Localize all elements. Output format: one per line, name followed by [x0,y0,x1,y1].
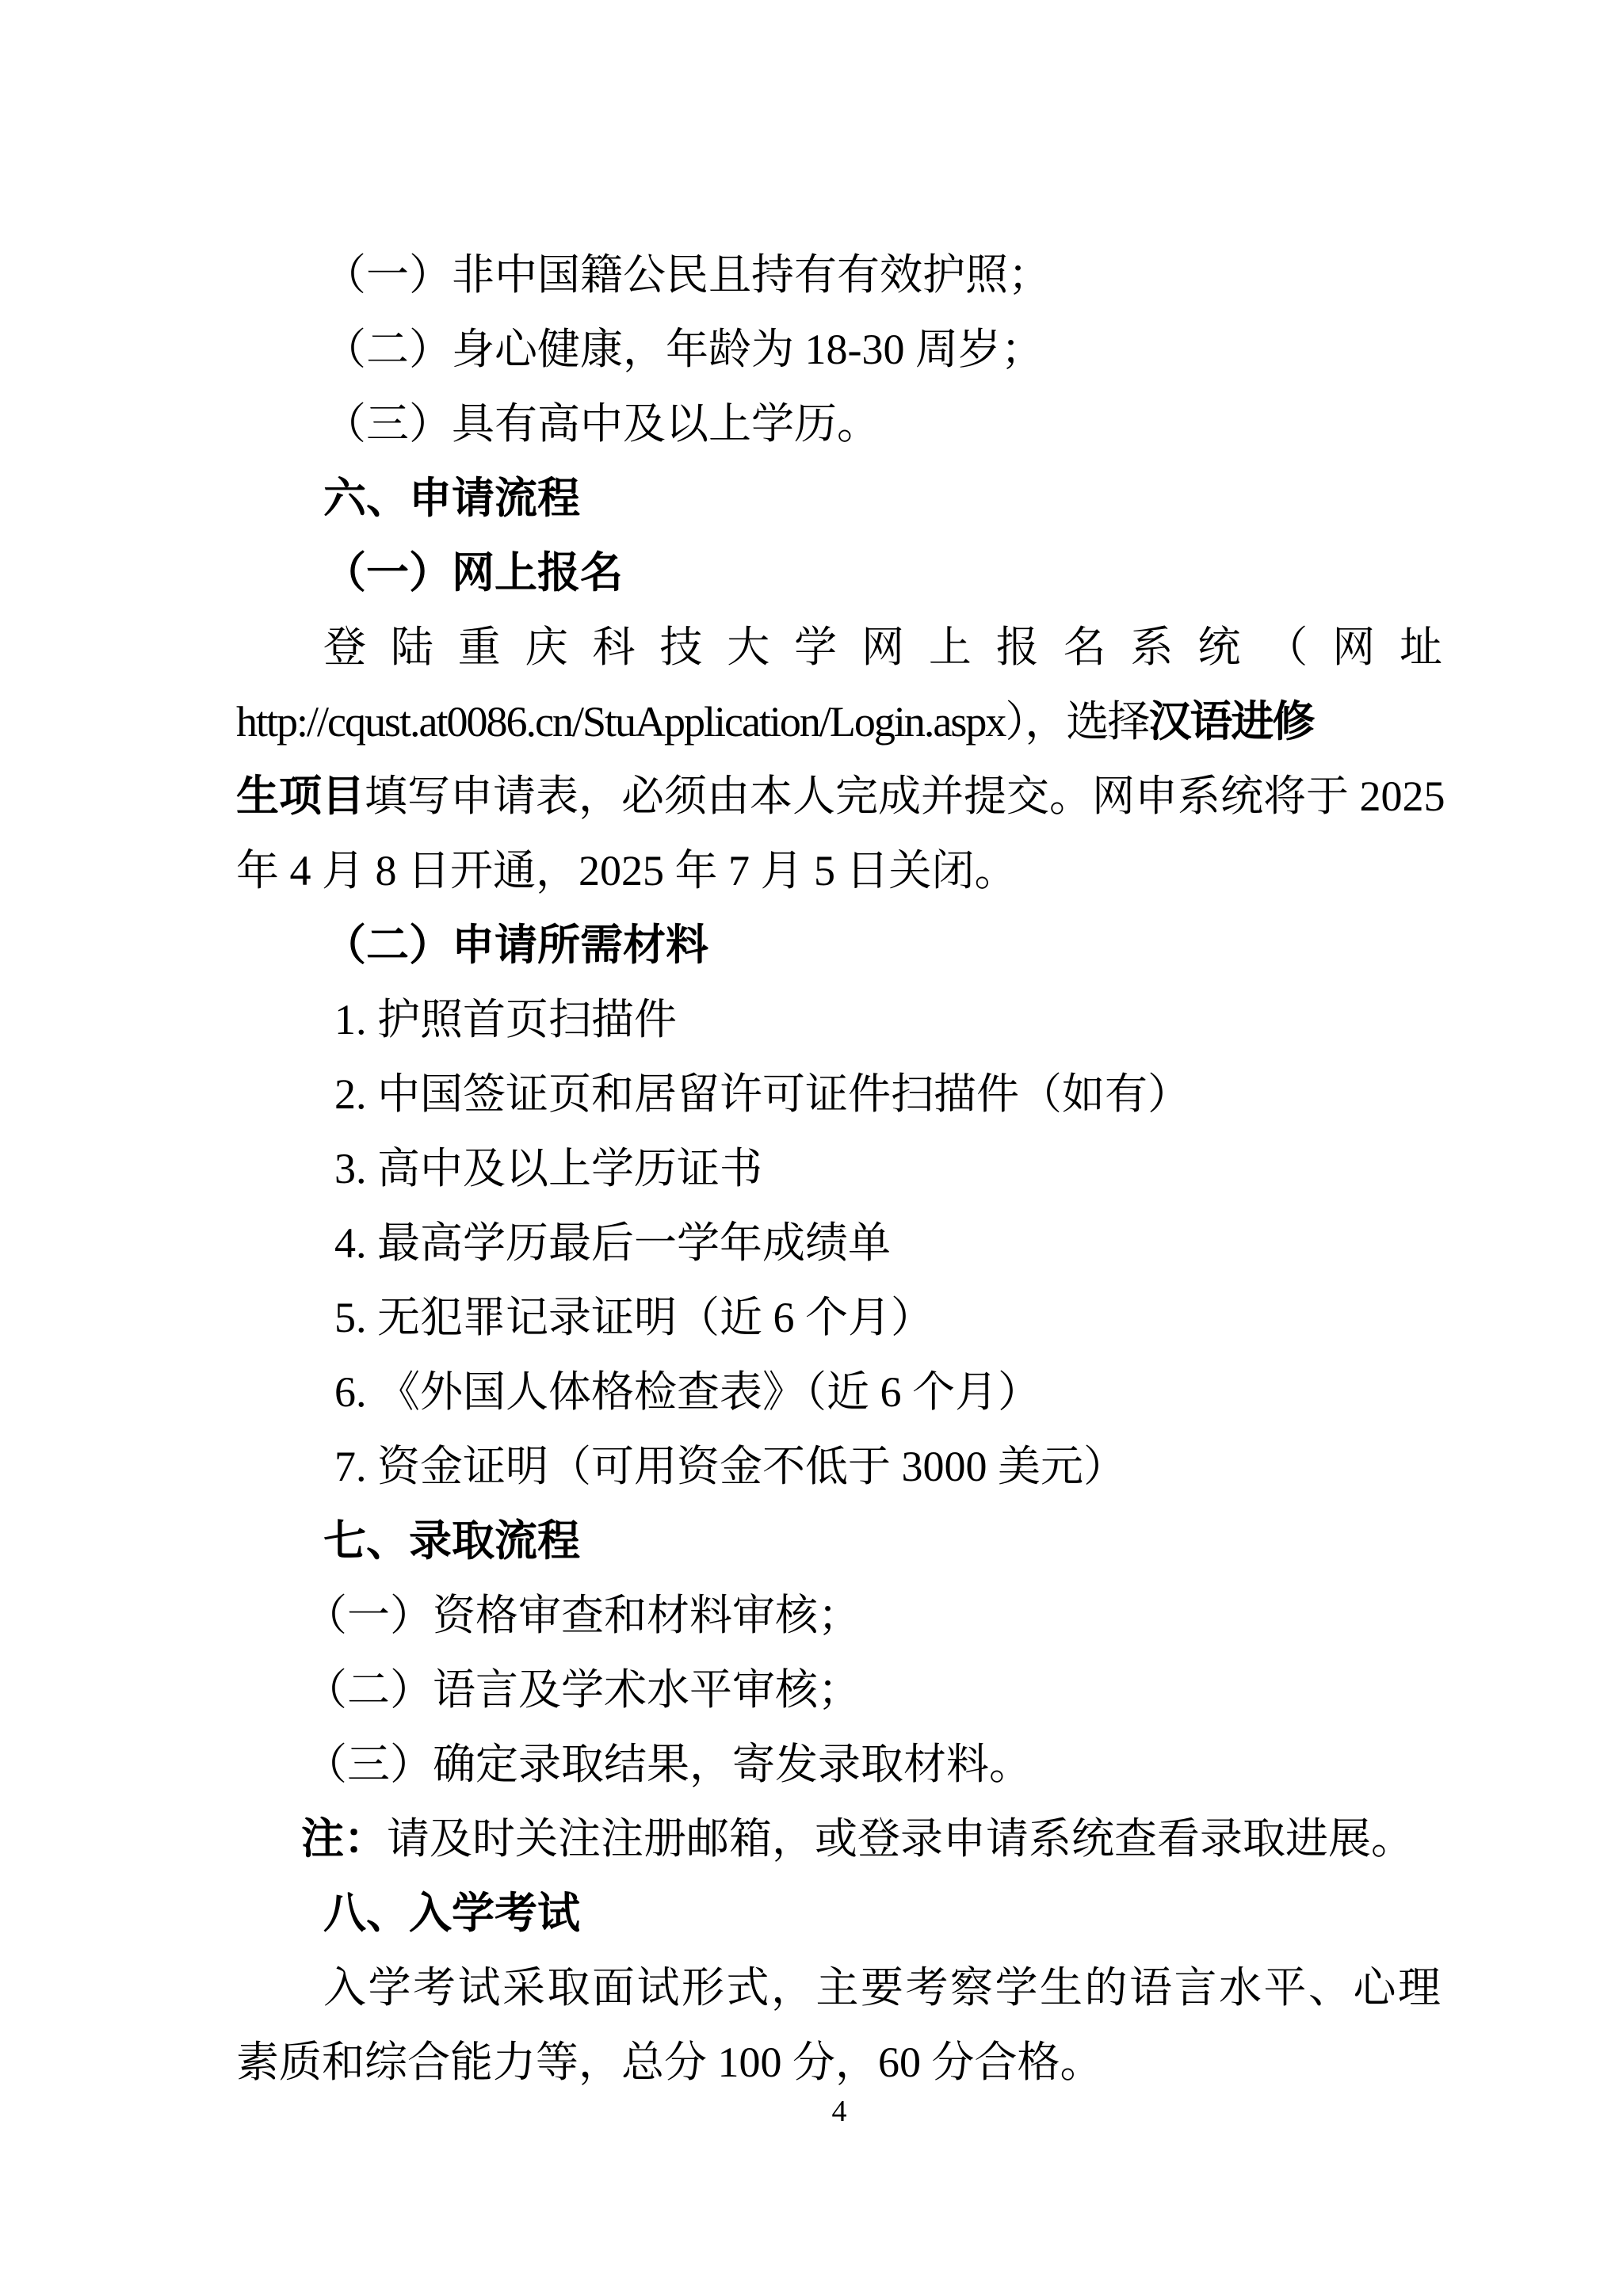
text-line: 生项目填写申请表，必须由本人完成并提交。网申系统将于 2025 [236,759,1442,833]
document-page: （一）非中国籍公民且持有有效护照；（二）身心健康，年龄为 18-30 周岁；（三… [0,0,1623,2296]
material-item-4: 4. 最高学历最后一学年成绩单 [236,1206,1442,1280]
text-line: （三）具有高中及以上学历。 [236,387,1442,461]
text-line: 素质和综合能力等，总分 100 分，60 分合格。 [236,2025,1442,2100]
material-item-3: 3. 高中及以上学历证书 [236,1131,1442,1206]
text-line: 登陆重庆科技大学网上报名系统（网址 [236,610,1442,685]
text-line: 年 4 月 8 日开通，2025 年 7 月 5 日关闭。 [236,833,1442,908]
text-line: （一）非中国籍公民且持有有效护照； [236,238,1442,312]
text-line: （三）确定录取结果，寄发录取材料。 [236,1727,1442,1802]
text-line: （二）身心健康，年龄为 18-30 周岁； [236,312,1442,387]
document-body: （一）非中国籍公民且持有有效护照；（二）身心健康，年龄为 18-30 周岁；（三… [236,238,1442,2100]
section-heading-6: 六、申请流程 [236,461,1442,536]
application-url-line: http://cqust.at0086.cn/StuApplication/Lo… [236,685,1442,759]
note-line: 注：请及时关注注册邮箱，或登录申请系统查看录取进展。 [236,1802,1442,1876]
section-heading-7: 七、录取流程 [236,1504,1442,1578]
text-line: （二）语言及学术水平审核； [236,1653,1442,1727]
section-heading-8: 八、入学考试 [236,1876,1442,1951]
material-item-6: 6. 《外国人体格检查表》（近 6 个月） [236,1355,1442,1429]
subsection-heading: （二）申请所需材料 [236,908,1442,982]
material-item-5: 5. 无犯罪记录证明（近 6 个月） [236,1280,1442,1355]
subsection-heading: （一）网上报名 [236,536,1442,610]
page-number: 4 [236,2096,1442,2127]
text-line: （一）资格审查和材料审核； [236,1578,1442,1653]
material-item-1: 1. 护照首页扫描件 [236,982,1442,1057]
text-line: 入学考试采取面试形式，主要考察学生的语言水平、心理 [236,1951,1442,2025]
material-item-7: 7. 资金证明（可用资金不低于 3000 美元） [236,1429,1442,1504]
material-item-2: 2. 中国签证页和居留许可证件扫描件（如有） [236,1057,1442,1131]
